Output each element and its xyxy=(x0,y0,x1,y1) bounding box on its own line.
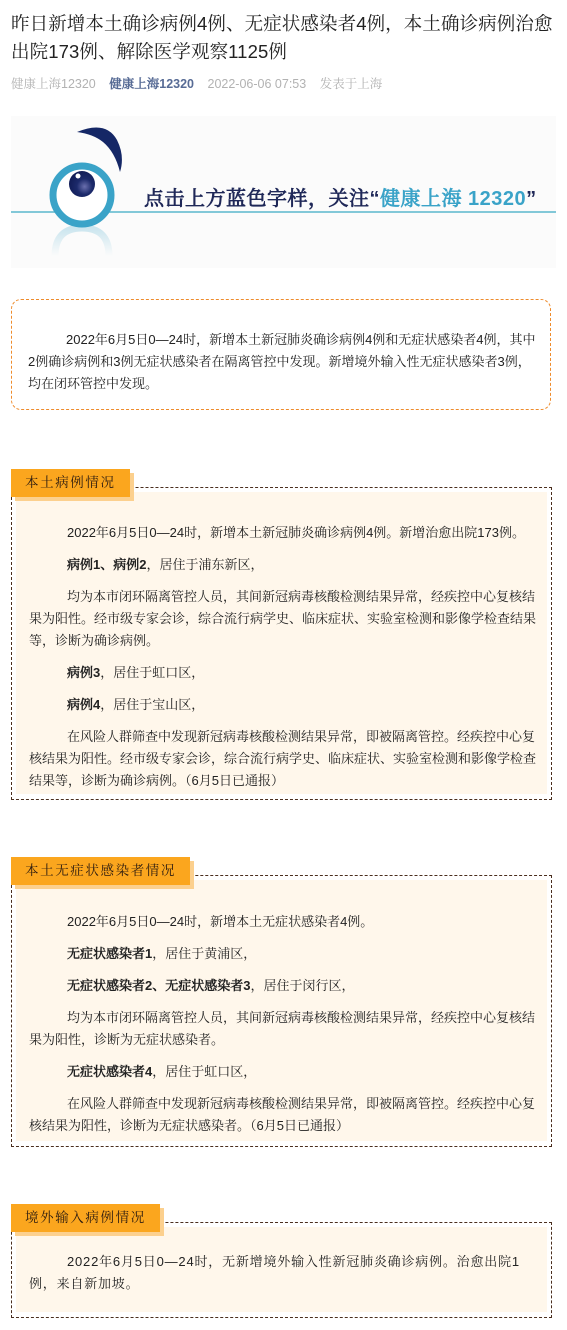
follow-prompt-text: 点击上方蓝色字样，关注“ xyxy=(144,188,380,210)
section-label: 本土病例情况 xyxy=(11,469,130,497)
paragraph: 在风险人群筛查中发现新冠病毒核酸检测结果异常，即被隔离管控。经疾控中心复核结果为… xyxy=(29,726,539,792)
paragraph: 在风险人群筛查中发现新冠病毒核酸检测结果异常，即被隔离管控。经疾控中心复核结果为… xyxy=(29,1093,539,1137)
paragraph: 2022年6月5日0—24时，新增本土新冠肺炎确诊病例4例。新增治愈出院173例… xyxy=(29,522,539,544)
section-content: 2022年6月5日0—24时，新增本土新冠肺炎确诊病例4例。新增治愈出院173例… xyxy=(29,522,539,802)
paragraph: 病例3，居住于虹口区， xyxy=(29,662,539,684)
paragraph: 无症状感染者1，居住于黄浦区， xyxy=(29,943,539,965)
publish-location: 发表于上海 xyxy=(320,77,383,91)
paragraph: 均为本市闭环隔离管控人员，其间新冠病毒核酸检测结果异常，经疾控中心复核结果为阳性… xyxy=(29,1007,539,1051)
paragraph: 无症状感染者2、无症状感染者3，居住于闵行区， xyxy=(29,975,539,997)
section-label: 本土无症状感染者情况 xyxy=(11,857,190,885)
paragraph: 无症状感染者4，居住于虹口区， xyxy=(29,1061,539,1083)
section-content: 2022年6月5日0—24时，无新增境外输入性新冠肺炎确诊病例。治愈出院1例，来… xyxy=(29,1251,539,1305)
account-link[interactable]: 健康上海12320 xyxy=(109,77,194,91)
section-imported-cases: 境外输入病例情况 2022年6月5日0—24时，无新增境外输入性新冠肺炎确诊病例… xyxy=(11,1204,552,1318)
article-meta: 健康上海12320 健康上海12320 2022-06-06 07:53 发表于… xyxy=(11,74,392,92)
article-title: 昨日新增本土确诊病例4例、无症状感染者4例，本土确诊病例治愈出院173例、解除医… xyxy=(11,10,556,66)
follow-banner: 点击上方蓝色字样，关注“健康上海 12320” xyxy=(11,116,556,268)
follow-account-highlight[interactable]: 健康上海 12320 xyxy=(380,188,526,210)
paragraph: 2022年6月5日0—24时，新增本土无症状感染者4例。 xyxy=(29,911,539,933)
author-name: 健康上海12320 xyxy=(11,77,96,91)
paragraph: 2022年6月5日0—24时，无新增境外输入性新冠肺炎确诊病例。治愈出院1例，来… xyxy=(29,1251,539,1295)
publish-time: 2022-06-06 07:53 xyxy=(208,77,307,91)
section-content: 2022年6月5日0—24时，新增本土无症状感染者4例。 无症状感染者1，居住于… xyxy=(29,911,539,1147)
section-local-cases: 本土病例情况 2022年6月5日0—24时，新增本土新冠肺炎确诊病例4例。新增治… xyxy=(11,469,552,800)
paragraph: 病例4，居住于宝山区， xyxy=(29,694,539,716)
summary-text: 2022年6月5日0—24时，新增本土新冠肺炎确诊病例4例和无症状感染者4例，其… xyxy=(28,329,538,395)
follow-prompt-quote: ” xyxy=(526,188,537,210)
summary-box: 2022年6月5日0—24时，新增本土新冠肺炎确诊病例4例和无症状感染者4例，其… xyxy=(11,299,551,410)
paragraph: 均为本市闭环隔离管控人员，其间新冠病毒核酸检测结果异常，经疾控中心复核结果为阳性… xyxy=(29,586,539,652)
section-local-asymptomatic: 本土无症状感染者情况 2022年6月5日0—24时，新增本土无症状感染者4例。 … xyxy=(11,857,552,1147)
follow-prompt: 点击上方蓝色字样，关注“健康上海 12320” xyxy=(144,182,537,211)
section-label: 境外输入病例情况 xyxy=(11,1204,160,1232)
paragraph: 病例1、病例2，居住于浦东新区， xyxy=(29,554,539,576)
